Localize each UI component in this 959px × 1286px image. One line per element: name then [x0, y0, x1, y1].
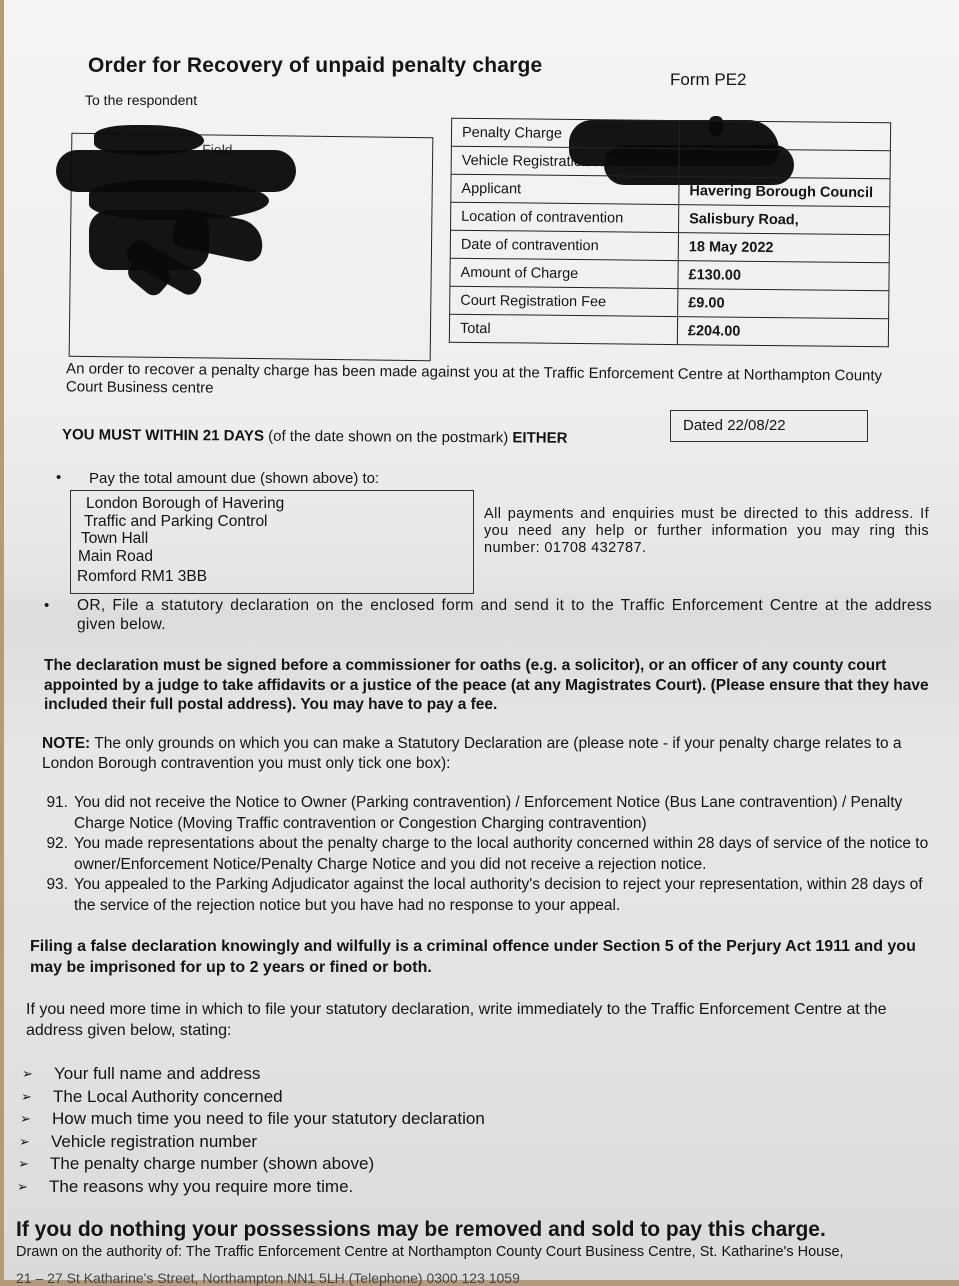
row-label: Date of contravention: [450, 230, 678, 260]
deadline-tail: EITHER: [512, 429, 567, 446]
row-label: Penalty Charge: [451, 118, 679, 148]
row-value: 18 May 2022: [678, 233, 889, 263]
requirement-text: Vehicle registration number: [51, 1131, 257, 1154]
requirement-text: How much time you need to file your stat…: [52, 1108, 485, 1131]
list-item: ➢Vehicle registration number: [19, 1131, 485, 1154]
order-statement: An order to recover a penalty charge has…: [66, 360, 906, 403]
requirements-list: ➢Your full name and address➢The Local Au…: [22, 1063, 485, 1198]
page-title: Order for Recovery of unpaid penalty cha…: [88, 54, 542, 78]
arrow-bullet-icon: ➢: [17, 1176, 49, 1199]
list-item: ➢Your full name and address: [22, 1063, 485, 1086]
address-line: Main Road: [77, 548, 467, 566]
row-label: Amount of Charge: [450, 258, 678, 288]
row-value: Salisbury Road,: [678, 205, 889, 235]
ground-item: 93.You appealed to the Parking Adjudicat…: [36, 875, 946, 916]
row-value: £9.00: [678, 289, 889, 319]
authority-statement: Drawn on the authority of: The Traffic E…: [16, 1244, 844, 1260]
arrow-bullet-icon: ➢: [18, 1153, 50, 1176]
final-warning: If you do nothing your possessions may b…: [16, 1218, 826, 1242]
row-value: [679, 121, 890, 151]
deadline-lead: YOU MUST WITHIN 21 DAYS: [62, 426, 264, 444]
requirement-text: The Local Authority concerned: [53, 1086, 283, 1109]
row-label: Applicant: [451, 174, 679, 204]
dated-box: Dated 22/08/22: [670, 410, 868, 442]
bullet-icon: •: [56, 469, 61, 486]
arrow-bullet-icon: ➢: [22, 1063, 54, 1086]
ground-item: 92.You made representations about the pe…: [36, 834, 946, 875]
pay-option-text: Pay the total amount due (shown above) t…: [89, 470, 379, 487]
address-line: London Borough of Havering: [77, 495, 467, 513]
ground-text: You appealed to the Parking Adjudicator …: [74, 875, 946, 916]
table-row: Total£204.00: [449, 314, 888, 347]
list-item: ➢The Local Authority concerned: [21, 1086, 485, 1109]
row-label: Court Registration Fee: [450, 286, 678, 316]
authority-address-cutoff: 21 – 27 St Katharine's Street, Northampt…: [16, 1270, 520, 1280]
more-time-instruction: If you need more time in which to file y…: [26, 999, 946, 1041]
document-page: Order for Recovery of unpaid penalty cha…: [4, 0, 959, 1280]
ground-number: 92.: [36, 834, 74, 875]
row-value: £204.00: [677, 317, 888, 347]
deadline-instruction: YOU MUST WITHIN 21 DAYS (of the date sho…: [62, 426, 568, 447]
row-value: [679, 149, 890, 179]
row-value: £130.00: [678, 261, 889, 291]
grounds-list: 91.You did not receive the Notice to Own…: [36, 793, 946, 916]
bullet-icon: •: [44, 597, 49, 614]
row-value: Havering Borough Council: [679, 177, 890, 207]
row-label: Vehicle Registration No.: [451, 146, 679, 176]
ground-text: You made representations about the penal…: [74, 834, 946, 875]
list-item: ➢How much time you need to file your sta…: [20, 1108, 485, 1131]
ground-number: 91.: [36, 793, 74, 834]
perjury-warning: Filing a false declaration knowingly and…: [30, 937, 940, 978]
arrow-bullet-icon: ➢: [19, 1131, 51, 1154]
note-text: The only grounds on which you can make a…: [42, 735, 902, 772]
requirement-text: The penalty charge number (shown above): [50, 1153, 374, 1176]
requirement-text: The reasons why you require more time.: [49, 1176, 353, 1199]
arrow-bullet-icon: ➢: [21, 1086, 53, 1109]
list-item: ➢The reasons why you require more time.: [17, 1176, 485, 1199]
form-id: Form PE2: [670, 70, 747, 90]
note-label: NOTE:: [42, 735, 90, 752]
address-line: Romford RM1 3BB: [77, 568, 467, 586]
row-label: Location of contravention: [451, 202, 679, 232]
grounds-note: NOTE: The only grounds on which you can …: [42, 734, 937, 773]
ground-number: 93.: [36, 875, 74, 916]
arrow-bullet-icon: ➢: [20, 1108, 52, 1131]
payment-address-box: London Borough of Havering Traffic and P…: [70, 490, 474, 594]
penalty-details-table: Penalty ChargeVehicle Registration No.Ap…: [449, 118, 891, 348]
deadline-middle: (of the date shown on the postmark): [264, 428, 513, 447]
declare-option-text: OR, File a statutory declaration on the …: [77, 597, 932, 634]
ground-item: 91.You did not receive the Notice to Own…: [36, 793, 946, 834]
respondent-label: To the respondent: [85, 92, 197, 108]
requirement-text: Your full name and address: [54, 1063, 260, 1086]
row-label: Total: [449, 314, 677, 344]
declaration-note: The declaration must be signed before a …: [44, 656, 934, 715]
list-item: ➢The penalty charge number (shown above): [18, 1153, 485, 1176]
address-line: Traffic and Parking Control: [77, 513, 467, 531]
enquiry-info: All payments and enquiries must be direc…: [484, 506, 929, 557]
ground-text: You did not receive the Notice to Owner …: [74, 793, 946, 834]
address-line: Town Hall: [77, 530, 467, 548]
